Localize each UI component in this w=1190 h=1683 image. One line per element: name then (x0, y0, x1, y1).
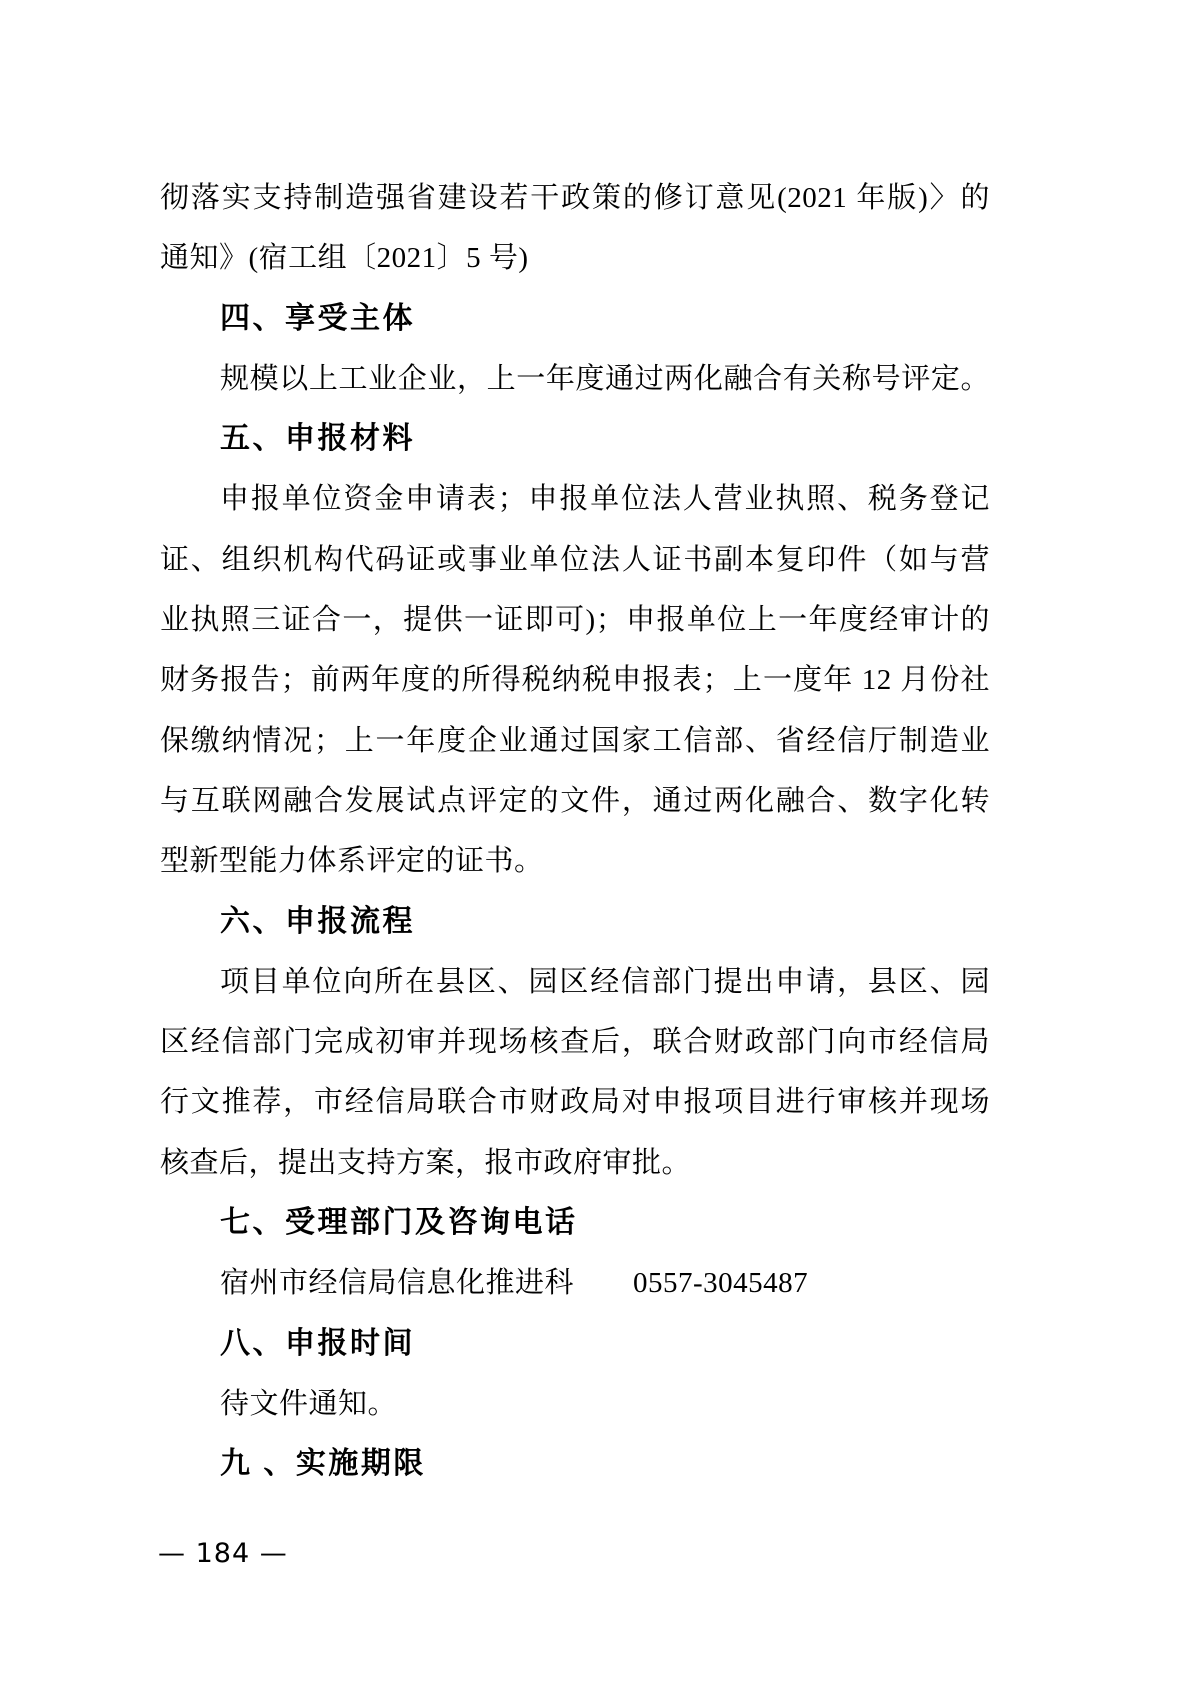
text-line: 项目单位向所在县区、园区经信部门提出申请，县区、园 (160, 952, 990, 1012)
text-line: 待文件通知。 (160, 1374, 990, 1434)
section-heading: 九 、实施期限 (160, 1434, 990, 1494)
text-line: 业执照三证合一，提供一证即可)；申报单位上一年度经审计的 (160, 590, 990, 650)
text-line: 型新型能力体系评定的证书。 (160, 831, 990, 891)
section-heading: 五、申报材料 (160, 409, 990, 469)
text-line: 区经信部门完成初审并现场核查后，联合财政部门向市经信局 (160, 1012, 990, 1072)
document-page: 彻落实支持制造强省建设若干政策的修订意见(2021 年版)〉的通知》(宿工组〔2… (0, 0, 1190, 1683)
text-line: 财务报告；前两年度的所得税纳税申报表；上一度年 12 月份社 (160, 650, 990, 710)
section-heading: 四、享受主体 (160, 289, 990, 349)
text-line: 证、组织机构代码证或事业单位法人证书副本复印件（如与营 (160, 530, 990, 590)
text-line: 行文推荐，市经信局联合市财政局对申报项目进行审核并现场 (160, 1072, 990, 1132)
section-heading: 八、申报时间 (160, 1314, 990, 1374)
text-line: 宿州市经信局信息化推进科 0557-3045487 (160, 1253, 990, 1313)
text-line: 彻落实支持制造强省建设若干政策的修订意见(2021 年版)〉的 (160, 168, 990, 228)
text-line: 核查后，提出支持方案，报市政府审批。 (160, 1133, 990, 1193)
text-line: 规模以上工业企业，上一年度通过两化融合有关称号评定。 (160, 349, 990, 409)
section-heading: 六、申报流程 (160, 892, 990, 952)
document-body: 彻落实支持制造强省建设若干政策的修订意见(2021 年版)〉的通知》(宿工组〔2… (160, 168, 990, 1495)
section-heading: 七、受理部门及咨询电话 (160, 1193, 990, 1253)
page-number: — 184 — (158, 1538, 288, 1569)
text-line: 通知》(宿工组〔2021〕5 号) (160, 228, 990, 288)
text-line: 与互联网融合发展试点评定的文件，通过两化融合、数字化转 (160, 771, 990, 831)
text-line: 保缴纳情况；上一年度企业通过国家工信部、省经信厅制造业 (160, 711, 990, 771)
text-line: 申报单位资金申请表；申报单位法人营业执照、税务登记 (160, 469, 990, 529)
